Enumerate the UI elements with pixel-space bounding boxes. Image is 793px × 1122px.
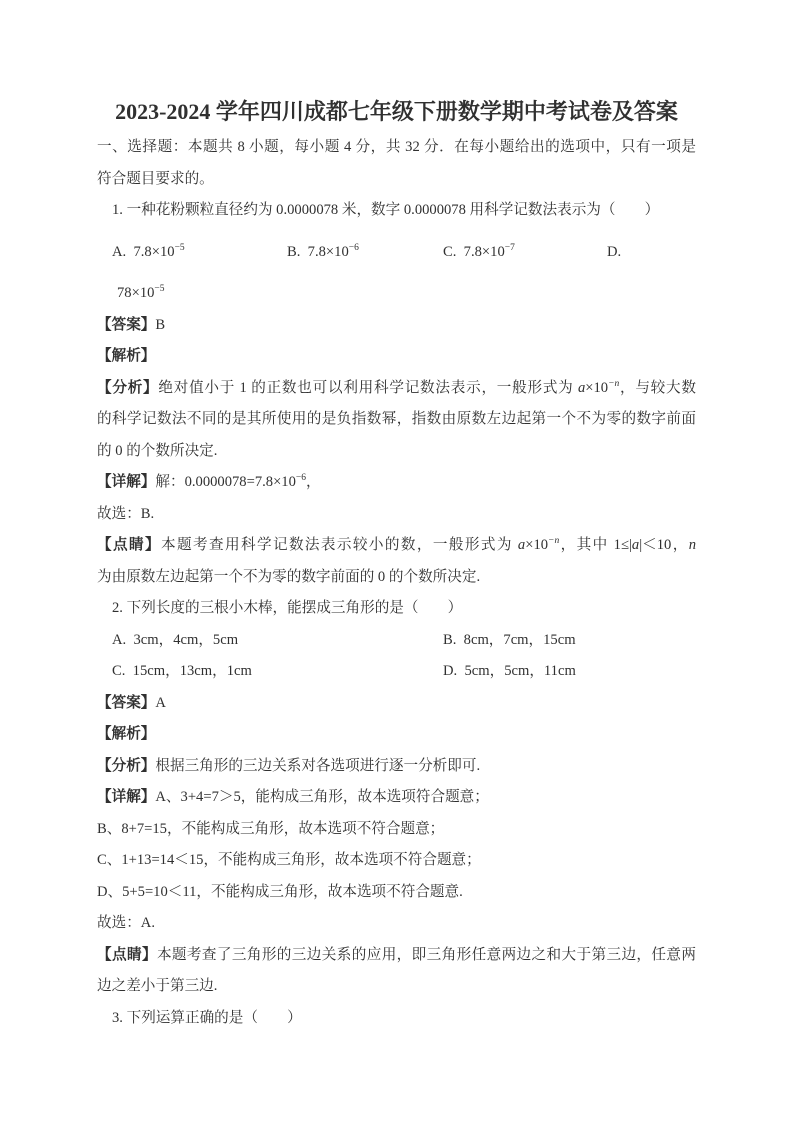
q2-detail-c: C、1+13=14＜15，不能构成三角形，故本选项不符合题意； [97, 845, 696, 877]
q1-explain-label-seg-0: 【解析】 [97, 348, 155, 364]
q1-analysis-line1-seg-3: ×10 [585, 380, 608, 396]
q3-stem: 3. 下列运算正确的是（ ） [97, 1003, 696, 1035]
q1-tip-line1: 【点睛】本题考查用科学记数法表示较小的数，一般形式为 a×10−n，其中 1≤|… [97, 530, 696, 562]
q1-tip-line1-seg-8: n [689, 537, 696, 553]
q2-detail-a-seg-0: 【详解】 [97, 789, 155, 805]
q1-tip-line1-seg-5: ，其中 1≤| [559, 537, 632, 553]
q1-analysis-line1-seg-0: 【分析】 [97, 380, 158, 396]
q1-detail-seg-2: −6 [296, 473, 306, 483]
q1-tip-line1-seg-0: 【点睛】 [97, 537, 161, 553]
q1-tip-line2: 为由原数左边起第一个不为零的数字前面的 0 的个数所决定. [97, 562, 696, 594]
q2-options-row2-cell-0: C. 15cm，13cm，1cm [112, 656, 252, 688]
q1-tip-line2-seg-0: 为由原数左边起第一个不为零的数字前面的 0 的个数所决定. [97, 569, 480, 585]
q2-options-row1: A. 3cm，4cm，5cmB. 8cm，7cm，15cm [97, 625, 696, 657]
section1-intro-line2: 符合题目要求的。 [97, 164, 696, 196]
q1-stem-seg-0: 1. 一种花粉颗粒直径约为 0.0000078 米，数字 0.0000078 用… [112, 202, 659, 218]
q2-tip-line2: 边之差小于第三边. [97, 971, 696, 1003]
q2-answer-seg-0: 【答案】 [97, 695, 155, 711]
q1-option-d-value-seg-0: 78×10 [117, 285, 154, 301]
exam-document: 2023-2024 学年四川成都七年级下册数学期中考试卷及答案一、选择题：本题共… [0, 0, 793, 1122]
q1-stem: 1. 一种花粉颗粒直径约为 0.0000078 米，数字 0.0000078 用… [97, 195, 696, 227]
q1-options-cell-3-seg-0: D. [607, 244, 621, 260]
q2-explain-label-seg-0: 【解析】 [97, 726, 155, 742]
q2-analysis: 【分析】根据三角形的三边关系对各选项进行逐一分析即可. [97, 751, 696, 783]
q1-options-cell-2-seg-1: −7 [505, 243, 515, 253]
q2-options-row1-cell-0: A. 3cm，4cm，5cm [112, 625, 238, 657]
q2-options-row2: C. 15cm，13cm，1cmD. 5cm，5cm，11cm [97, 656, 696, 688]
q1-options-cell-2: C. 7.8×10−7 [443, 237, 515, 269]
q1-option-d-value-seg-1: −5 [154, 284, 164, 294]
q1-detail-seg-1: 解：0.0000078=7.8×10 [155, 474, 296, 490]
q2-tip-line1: 【点睛】本题考查了三角形的三边关系的应用，即三角形任意两边之和大于第三边，任意两 [97, 940, 696, 972]
q2-analysis-seg-1: 根据三角形的三边关系对各选项进行逐一分析即可. [155, 758, 480, 774]
section1-intro-line1-seg-0: 一、选择题：本题共 8 小题，每小题 4 分，共 32 分．在每小题给出的选项中… [97, 139, 696, 155]
q2-detail-a: 【详解】A、3+4=7＞5，能构成三角形，故本选项符合题意； [97, 782, 696, 814]
q1-options-cell-3: D. [607, 237, 621, 269]
q1-conclusion-seg-0: 故选：B. [97, 506, 154, 522]
q1-options-cell-1: B. 7.8×10−6 [287, 237, 359, 269]
q1-tip-line1-seg-4: −n [548, 536, 559, 546]
q1-options-cell-0-seg-1: −5 [175, 243, 185, 253]
q2-options-row1-cell-1: B. 8cm，7cm，15cm [443, 625, 576, 657]
q1-answer: 【答案】B [97, 310, 696, 342]
q2-stem-seg-0: 2. 下列长度的三根小木棒，能摆成三角形的是（ ） [112, 600, 462, 616]
q1-analysis-line1-seg-5: ，与较大数 [619, 380, 696, 396]
q2-stem: 2. 下列长度的三根小木棒，能摆成三角形的是（ ） [97, 593, 696, 625]
q1-analysis-line1-seg-4: −n [608, 379, 619, 389]
q1-answer-seg-1: B [155, 317, 165, 333]
q1-tip-line1-seg-3: ×10 [525, 537, 548, 553]
exam-title: 2023-2024 学年四川成都七年级下册数学期中考试卷及答案 [97, 92, 696, 132]
q2-analysis-seg-0: 【分析】 [97, 758, 155, 774]
q1-options-cell-0: A. 7.8×10−5 [112, 237, 185, 269]
q1-option-d-value: 78×10−5 [97, 278, 696, 310]
q2-conclusion-seg-0: 故选：A. [97, 915, 155, 931]
q1-options-cell-1-seg-1: −6 [349, 243, 359, 253]
q1-options-cell-2-seg-0: C. 7.8×10 [443, 244, 505, 260]
q2-tip-line2-seg-0: 边之差小于第三边. [97, 978, 217, 994]
exam-title-seg-0: 2023-2024 学年四川成都七年级下册数学期中考试卷及答案 [115, 99, 678, 124]
q2-options-row1-cell-0-seg-0: A. 3cm，4cm，5cm [112, 632, 238, 648]
q1-conclusion: 故选：B. [97, 499, 696, 531]
q1-detail: 【详解】解：0.0000078=7.8×10−6， [97, 467, 696, 499]
section1-intro-line2-seg-0: 符合题目要求的。 [97, 171, 214, 187]
q2-tip-line1-seg-0: 【点睛】 [97, 947, 157, 963]
q2-detail-d-seg-0: D、5+5=10＜11，不能构成三角形，故本选项不符合题意. [97, 884, 463, 900]
q1-options: A. 7.8×10−5B. 7.8×10−6C. 7.8×10−7D. [97, 237, 696, 269]
section1-intro-line1: 一、选择题：本题共 8 小题，每小题 4 分，共 32 分．在每小题给出的选项中… [97, 132, 696, 164]
q1-analysis-line3-seg-0: 的 0 的个数所决定. [97, 443, 217, 459]
q1-options-cell-0-seg-0: A. 7.8×10 [112, 244, 175, 260]
q1-tip-line1-seg-7: |＜10， [639, 537, 689, 553]
q2-options-row2-cell-1-seg-0: D. 5cm，5cm，11cm [443, 663, 576, 679]
q1-answer-seg-0: 【答案】 [97, 317, 155, 333]
q2-detail-d: D、5+5=10＜11，不能构成三角形，故本选项不符合题意. [97, 877, 696, 909]
q1-explain-label: 【解析】 [97, 341, 696, 373]
q2-detail-b-seg-0: B、8+7=15，不能构成三角形，故本选项不符合题意； [97, 821, 444, 837]
q2-options-row1-cell-1-seg-0: B. 8cm，7cm，15cm [443, 632, 576, 648]
q1-analysis-line1: 【分析】绝对值小于 1 的正数也可以利用科学记数法表示，一般形式为 a×10−n… [97, 373, 696, 405]
q1-analysis-line3: 的 0 的个数所决定. [97, 436, 696, 468]
q2-options-row2-cell-1: D. 5cm，5cm，11cm [443, 656, 576, 688]
q3-stem-seg-0: 3. 下列运算正确的是（ ） [112, 1010, 302, 1026]
q2-detail-c-seg-0: C、1+13=14＜15，不能构成三角形，故本选项不符合题意； [97, 852, 481, 868]
document-body: 2023-2024 学年四川成都七年级下册数学期中考试卷及答案一、选择题：本题共… [97, 0, 696, 1034]
q1-detail-seg-3: ， [306, 474, 321, 490]
q1-options-cell-1-seg-0: B. 7.8×10 [287, 244, 349, 260]
q1-analysis-line2: 的科学记数法不同的是其所使用的是负指数幂，指数由原数左边起第一个不为零的数字前面 [97, 404, 696, 436]
q2-conclusion: 故选：A. [97, 908, 696, 940]
q2-tip-line1-seg-1: 本题考查了三角形的三边关系的应用，即三角形任意两边之和大于第三边，任意两 [157, 947, 696, 963]
q2-answer: 【答案】A [97, 688, 696, 720]
q2-options-row2-cell-0-seg-0: C. 15cm，13cm，1cm [112, 663, 252, 679]
q2-answer-seg-1: A [155, 695, 166, 711]
q1-analysis-line1-seg-1: 绝对值小于 1 的正数也可以利用科学记数法表示，一般形式为 [158, 380, 578, 396]
q2-detail-a-seg-1: A、3+4=7＞5，能构成三角形，故本选项符合题意； [155, 789, 488, 805]
q1-tip-line1-seg-1: 本题考查用科学记数法表示较小的数，一般形式为 [161, 537, 518, 553]
q1-detail-seg-0: 【详解】 [97, 474, 155, 490]
q1-analysis-line2-seg-0: 的科学记数法不同的是其所使用的是负指数幂，指数由原数左边起第一个不为零的数字前面 [97, 411, 696, 427]
q2-detail-b: B、8+7=15，不能构成三角形，故本选项不符合题意； [97, 814, 696, 846]
q2-explain-label: 【解析】 [97, 719, 696, 751]
